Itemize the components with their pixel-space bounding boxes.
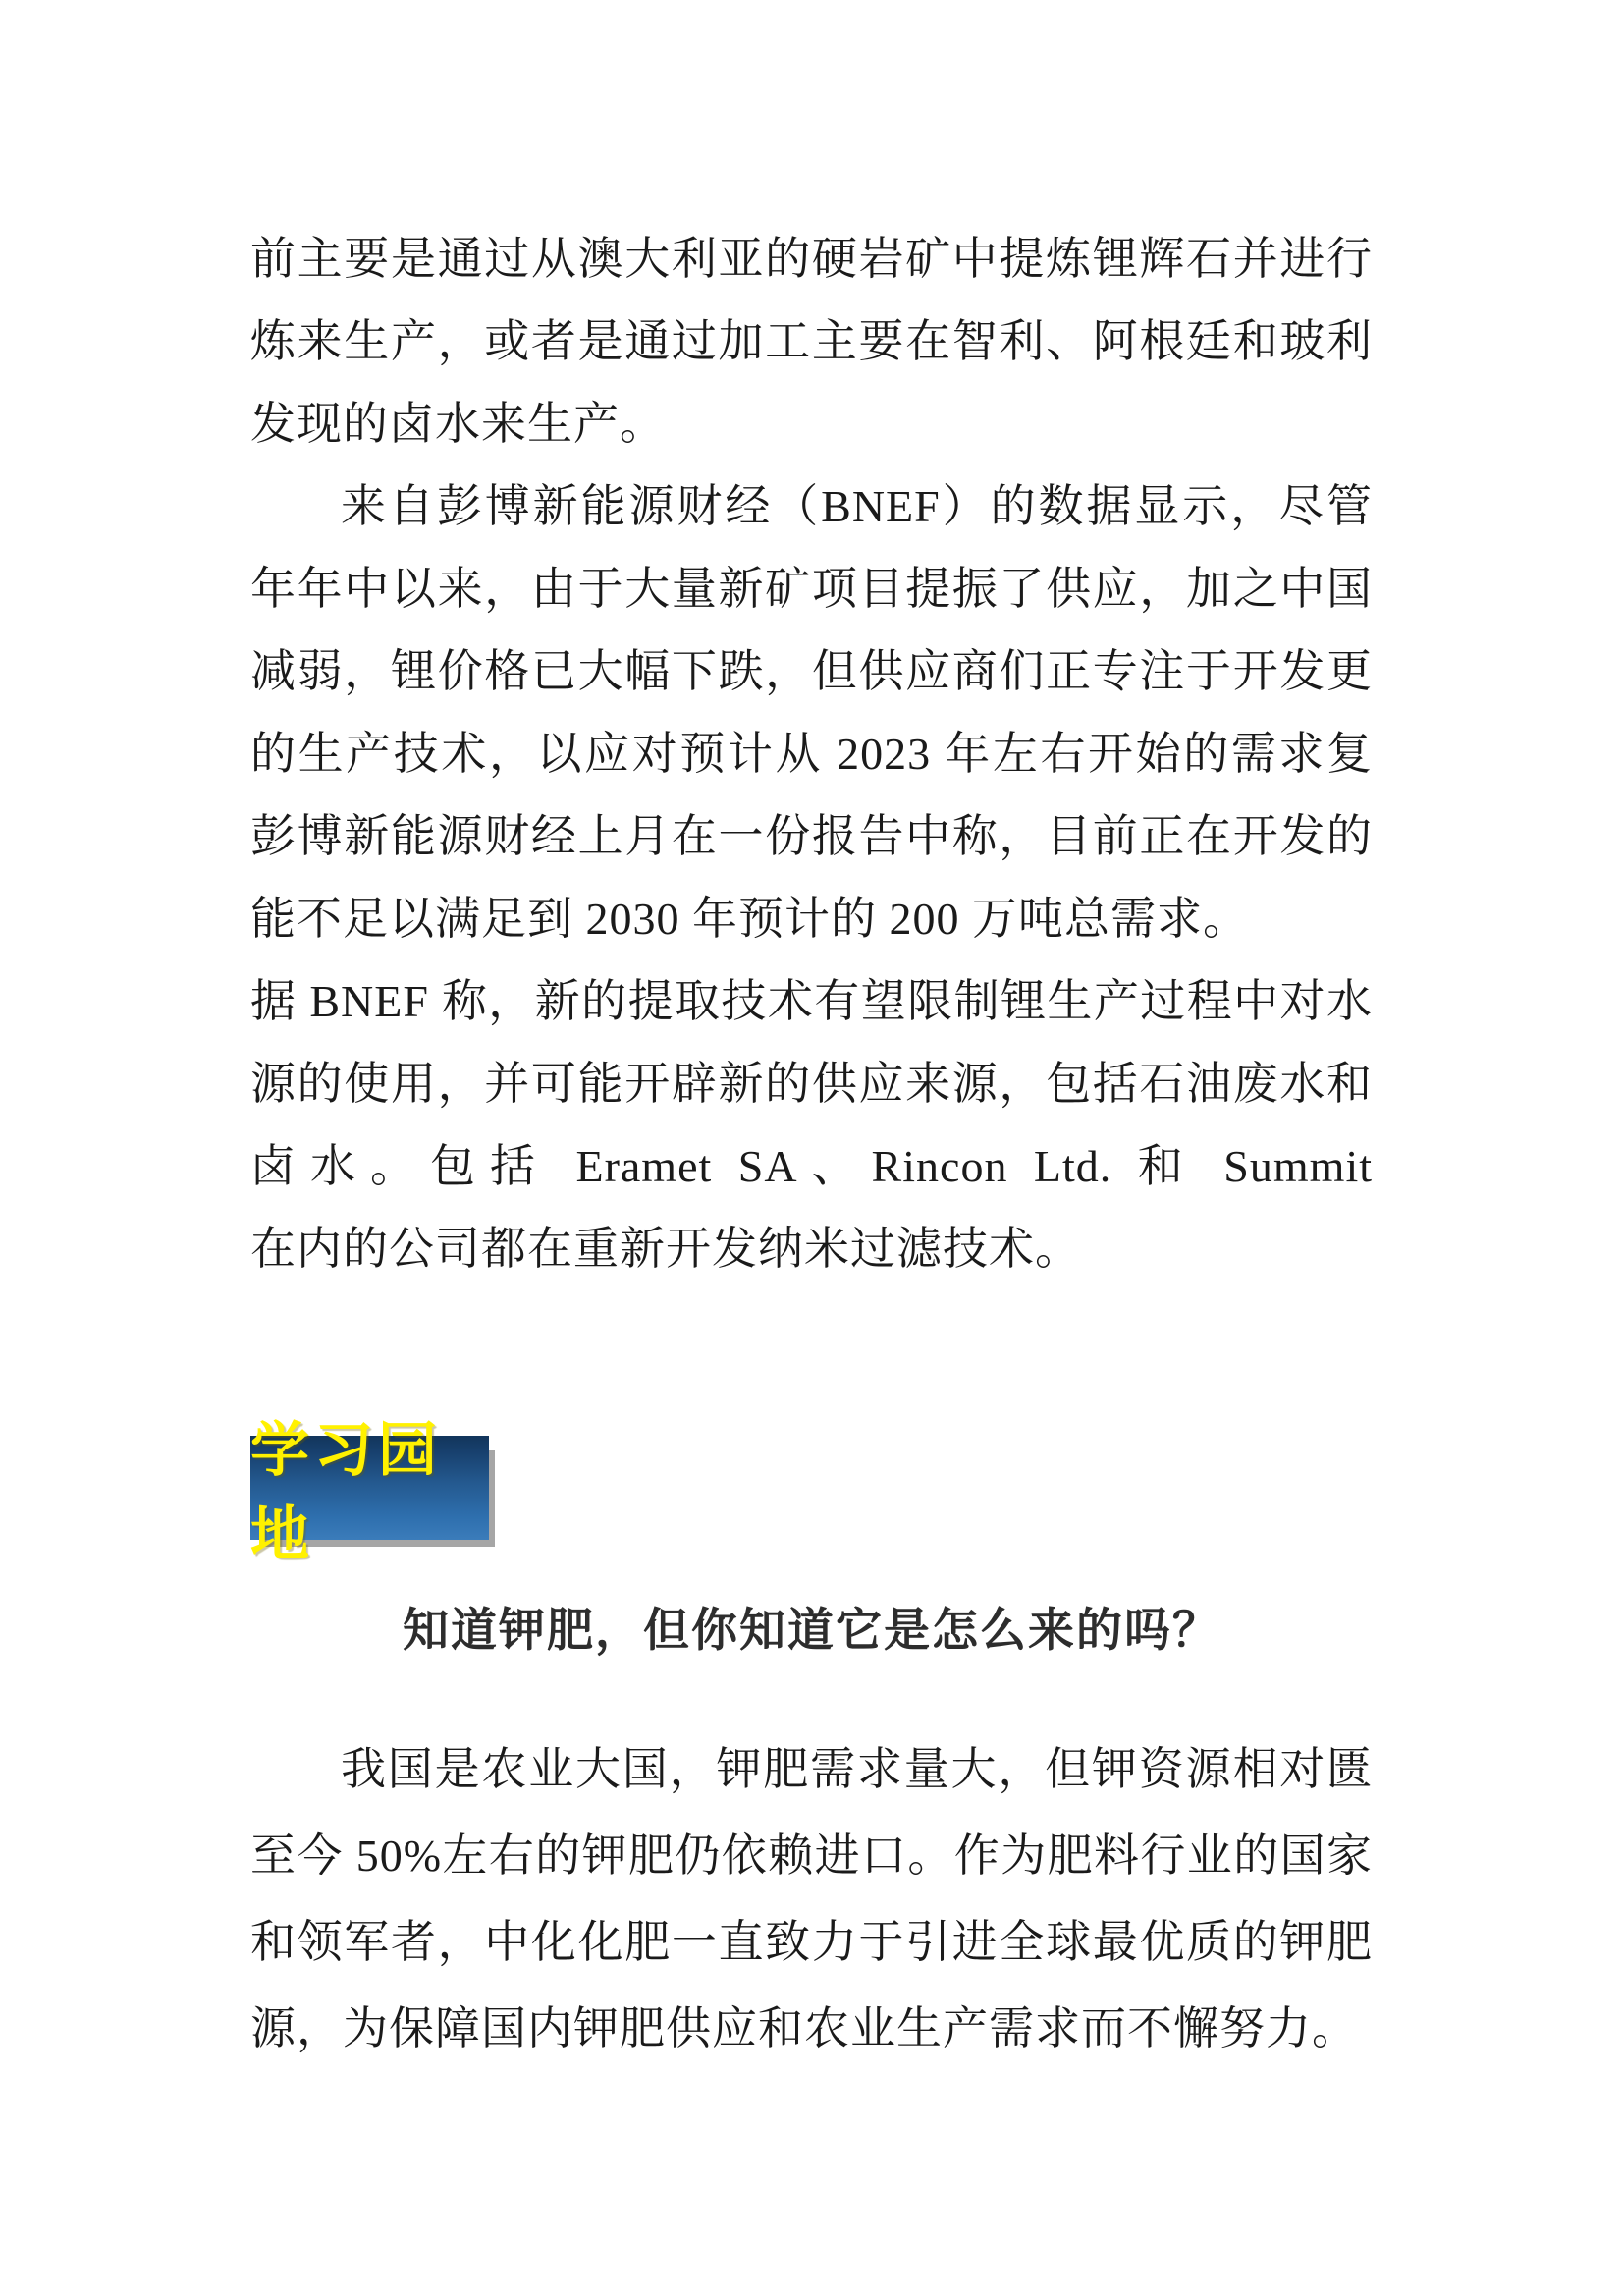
article-body-text: 前主要是通过从澳大利亚的硬岩矿中提炼锂辉石并进行精炼来生产，或者是通过加工主要在… bbox=[250, 218, 1373, 1290]
text-line: 的生产技术，以应对预计从 2023 年左右开始的需求复苏。 bbox=[250, 713, 1373, 795]
text-line: 源，为保障国内钾肥供应和农业生产需求而不懈努力。 bbox=[250, 1986, 1373, 2072]
text-line: 至今 50%左右的钾肥仍依赖进口。作为肥料行业的国家队 bbox=[250, 1813, 1373, 1899]
text-line: 和领军者，中化化肥一直致力于引进全球最优质的钾肥资 bbox=[250, 1899, 1373, 1986]
text-line: 彭博新能源财经上月在一份报告中称，目前正在开发的锂产 bbox=[250, 795, 1373, 878]
text-line: 在内的公司都在重新开发纳米过滤技术。 bbox=[250, 1208, 1373, 1290]
text-line: 源的使用，并可能开辟新的供应来源，包括石油废水和地热 bbox=[250, 1043, 1373, 1125]
text-line: 我国是农业大国，钾肥需求量大，但钾资源相对匮乏， bbox=[250, 1726, 1373, 1813]
text-line: 前主要是通过从澳大利亚的硬岩矿中提炼锂辉石并进行精 bbox=[250, 218, 1373, 301]
text-line: 卤水。包括 Eramet SA、Rincon Ltd. 和 Summit Nan… bbox=[250, 1125, 1373, 1208]
learning-corner-badge: 学习园地 bbox=[250, 1436, 489, 1540]
text-line: 来自彭博新能源财经（BNEF）的数据显示，尽管自 2018 bbox=[250, 465, 1373, 548]
text-line: 发现的卤水来生产。 bbox=[250, 383, 1373, 465]
section-heading: 知道钾肥，但你知道它是怎么来的吗？ bbox=[250, 1603, 1373, 1658]
badge-label: 学习园地 bbox=[250, 1403, 489, 1572]
text-line: 能不足以满足到 2030 年预计的 200 万吨总需求。 bbox=[250, 878, 1373, 960]
learning-section-body-text: 我国是农业大国，钾肥需求量大，但钾资源相对匮乏，至今 50%左右的钾肥仍依赖进口… bbox=[250, 1726, 1373, 2072]
text-line: 减弱，锂价格已大幅下跌，但供应商们正专注于开发更高效 bbox=[250, 630, 1373, 713]
text-line: 据 BNEF 称，新的提取技术有望限制锂生产过程中对水和能 bbox=[250, 960, 1373, 1043]
page-content: 前主要是通过从澳大利亚的硬岩矿中提炼锂辉石并进行精炼来生产，或者是通过加工主要在… bbox=[250, 218, 1373, 2072]
text-line: 年年中以来，由于大量新矿项目提振了供应，加之中国需求 bbox=[250, 548, 1373, 630]
document-page: 前主要是通过从澳大利亚的硬岩矿中提炼锂辉石并进行精炼来生产，或者是通过加工主要在… bbox=[0, 0, 1623, 2296]
text-line: 炼来生产，或者是通过加工主要在智利、阿根廷和玻利维亚 bbox=[250, 301, 1373, 383]
